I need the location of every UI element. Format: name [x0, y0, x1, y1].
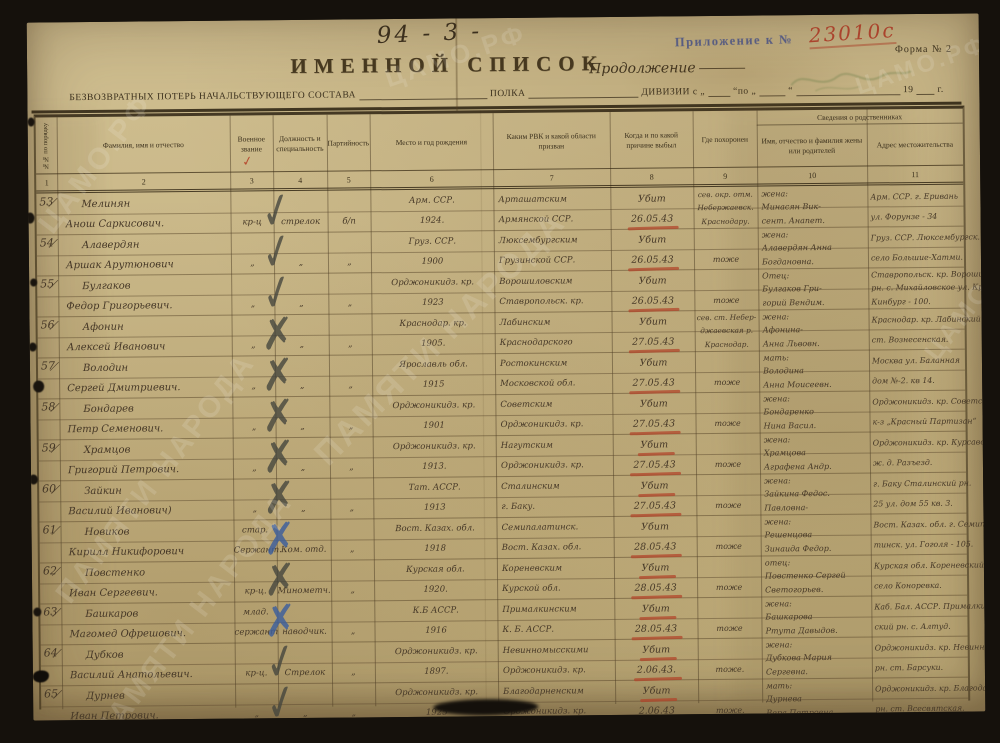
record-surname-line: Алексей Иванович — [67, 336, 232, 358]
record-surname-line: Магомед Офрешович. — [69, 623, 234, 645]
document-page: 94 - 3 - ИМЕННОЙ СПИСОК Продолжение Прил… — [27, 13, 986, 720]
record-relative-line: Булгаков Гри- — [762, 282, 868, 296]
record-fate: Убит27.05.43 — [613, 475, 696, 516]
record-surname: ЗайкинВасилий Иванович) — [60, 480, 233, 522]
continuation-note: Продолжение — [589, 60, 745, 77]
record-surname-line: Федор Григорьевич. — [66, 295, 231, 317]
record-surname-line: Башкаров — [69, 603, 234, 625]
record-grave-line — [695, 352, 759, 373]
blank-line — [708, 86, 730, 97]
fate-text: 28.05.43 — [634, 577, 677, 598]
record-relative-line: Минасян Вик- — [761, 200, 867, 214]
record-relative-line: жена: — [766, 638, 872, 652]
record-grave-line: тоже — [695, 413, 759, 434]
record-address-line: Курская обл. Кореневский рн. — [874, 555, 967, 576]
underline-dash — [699, 68, 745, 69]
record-fate: Убит26.05.43 — [611, 270, 694, 311]
record-relative: мать:ВолодинаАнна Моисеевн. — [759, 351, 869, 392]
record-rvk-line: Благодарненским — [503, 681, 615, 702]
record-birth-line: Ярославль обл. — [372, 354, 495, 375]
record-fate-line: Убит — [610, 188, 693, 209]
record-grave-line — [697, 557, 761, 578]
column-header-2: Фамилия, имя и отчество — [57, 117, 231, 174]
record-party-line — [328, 232, 371, 252]
record-party: „ — [328, 314, 371, 354]
record-fate-line: Убит — [612, 352, 695, 373]
blank-line — [528, 87, 638, 99]
record-fate-line: Убит — [611, 311, 694, 332]
record-birth-line: 1916 — [374, 620, 497, 641]
record-birth-line: 1913. — [373, 456, 496, 477]
record-grave: тоже — [697, 557, 761, 598]
record-grave-line: тоже — [696, 454, 760, 475]
record-address-line: Орджоникидз. кр. Благодарненск. — [875, 678, 968, 699]
record-rvk-line: Ставропольск. кр. — [499, 291, 611, 312]
record-address-line: село Большие-Хатми. — [871, 247, 964, 268]
record-birth-line: Вост. Казах. обл. — [373, 518, 496, 539]
record-address-line: Арм. ССР. г. Еривань — [870, 186, 963, 207]
record-party: „ — [330, 478, 373, 518]
record-party-line — [329, 355, 372, 375]
record-birth: Краснодар. кр.1905. — [371, 313, 494, 354]
record-grave-line — [698, 639, 762, 660]
paper-hole — [30, 278, 37, 286]
record-address: Ставропольск. кр. Ворошилов.рн. с. Михай… — [868, 268, 964, 309]
record-rvk: ВорошиловскимСтавропольск. кр. — [494, 271, 611, 312]
record-address: Каб. Бал. АССР. Прималкин-ский рн. с. Ал… — [871, 596, 967, 637]
record-address: Орджоникидз. кр. Курсавск. рн.ж. д. Разъ… — [870, 432, 966, 473]
record-birth-line: Тат. АССР. — [373, 477, 496, 498]
record-birth: Орджоникидз. кр.1913. — [373, 436, 496, 477]
record-birth: К.Б АССР.1916 — [374, 600, 497, 641]
blank-line — [759, 85, 785, 96]
record-rvk-line: Советским — [500, 394, 612, 415]
record-relative-line: отец: — [765, 556, 871, 570]
column-number: 7 — [493, 169, 610, 186]
record-birth-line: 1901 — [372, 415, 495, 436]
record-surname: БулгаковФедор Григорьевич. — [58, 275, 231, 317]
record-birth-line: 1918 — [374, 538, 497, 559]
record-relative-line: жена: — [764, 515, 870, 529]
record-birth: Тат. АССР.1913 — [373, 477, 496, 518]
record-rvk-line: Орджоникидз. кр. — [501, 455, 613, 476]
record-party-line: б/п — [328, 211, 371, 231]
fate-text: Убит — [638, 193, 666, 204]
record-party: „ — [328, 232, 371, 272]
record-fate-line: 27.05.43 — [612, 331, 695, 352]
record-surname-line: Зайкин — [68, 480, 233, 502]
record-relative-line: Дубкова Мария — [766, 651, 872, 665]
subtitle-losses: БЕЗВОЗВРАТНЫХ ПОТЕРЬ НАЧАЛЬСТВУЮЩЕГО СОС… — [69, 90, 356, 103]
record-party-line: „ — [328, 252, 371, 272]
fate-text: 27.05.43 — [632, 372, 675, 393]
record-rvk: НевинномысскимиОрджоникидз. кр. — [498, 640, 615, 681]
record-address-line: рн. ст. Барсуки. — [875, 657, 968, 678]
record-birth-line: Орджоникидз. кр. — [373, 436, 496, 457]
record-relative-line: Аграфена Андр. — [764, 459, 870, 473]
record-address-line: село Коноревка. — [874, 575, 967, 596]
record-address: Арм. ССР. г. Ериваньул. Форунзе - 34 — [867, 186, 963, 227]
page-title: ИМЕННОЙ СПИСОК — [277, 51, 617, 79]
paper-hole — [33, 607, 41, 616]
record-grave-line: тоже — [697, 577, 761, 598]
blank-line — [359, 88, 487, 100]
record-birth-line: Курская обл. — [374, 559, 497, 580]
record-relative-line: Володина — [763, 364, 869, 378]
record-fate: Убит26.05.43 — [611, 229, 694, 270]
record-surname-line: Сергей Дмитриевич. — [67, 377, 232, 399]
record-rvk: Семипалатинск.Вост. Казах. обл. — [496, 517, 613, 558]
fate-text: 26.05.43 — [631, 208, 674, 229]
record-grave-line: тоже — [695, 372, 759, 393]
record-relative-line: Анна Львовн. — [763, 336, 869, 350]
record-party-line — [332, 683, 375, 703]
record-grave-line — [697, 598, 761, 619]
record-birth: Орджоникидз. кр.1901 — [372, 395, 495, 436]
record-party: „ — [329, 396, 372, 436]
record-surname-line: Аршак Арутюнович — [66, 254, 231, 276]
column-header-9: Где похоронен — [693, 112, 758, 168]
record-rvk-line: К. Б. АССР. — [502, 619, 614, 640]
record-address: Груз. ССР. Люксембургск. рн.село Большие… — [868, 227, 964, 268]
record-address-line: Кинбург - 100. — [871, 294, 964, 308]
record-address: Вост. Казах. обл. г. Семипала-тинск. ул.… — [870, 514, 966, 555]
record-party-line: „ — [331, 539, 374, 559]
record-fate: Убит27.05.43 — [613, 434, 696, 475]
fate-text: 26.05.43 — [632, 290, 675, 311]
record-fate-line: 26.05.43 — [610, 208, 693, 229]
record-rvk-line: Вост. Казах. обл. — [502, 537, 614, 558]
record-relative-line: жена: — [762, 228, 868, 242]
fate-text: Убит — [639, 316, 667, 327]
record-address-line: ул. Форунзе - 34 — [870, 206, 963, 227]
record-party-line — [330, 437, 373, 457]
record-address: Курская обл. Кореневский рн.село Конорев… — [871, 555, 967, 596]
record-surname-line: Бондарев — [67, 398, 232, 420]
record-grave-line: тоже. — [698, 700, 762, 721]
column-number: 5 — [327, 171, 370, 187]
record-fate: Убит2.06.43. — [615, 639, 698, 680]
record-relative: жена:Минасян Вик-сент. Анапет. — [757, 187, 867, 228]
record-grave-line: тоже — [697, 618, 761, 639]
record-grave-line: Небержаевск. — [693, 201, 757, 215]
record-relative-line: Дурнева — [766, 692, 872, 706]
record-relative-line: Сергевна. — [766, 664, 872, 678]
column-group-relatives: Сведения о родственниках — [757, 110, 963, 126]
record-rvk: ЛюксембургскимГрузинской ССР. — [494, 230, 611, 271]
paper-hole — [29, 474, 38, 484]
record-party-line: „ — [330, 498, 373, 518]
scan-background: 94 - 3 - ИМЕННОЙ СПИСОК Продолжение Прил… — [0, 0, 1000, 743]
record-grave-line: тоже — [694, 290, 758, 311]
record-party-line: „ — [329, 416, 372, 436]
record-fate-line: 27.05.43 — [613, 454, 696, 475]
record-grave-line — [694, 229, 758, 250]
record-party-line: „ — [332, 703, 375, 720]
record-relative-line: Вера Петровна. — [766, 705, 872, 719]
record-party: „ — [330, 437, 373, 477]
record-rvk: АрташатскимАрмянской ССР. — [493, 189, 610, 230]
record-fate-line: Убит — [613, 516, 696, 537]
record-relative: Отец:Булгаков Гри-горий Вендим. — [758, 269, 868, 310]
record-birth-line: Краснодар. кр. — [371, 313, 494, 334]
fate-text: 27.05.43 — [632, 331, 675, 352]
record-surname: ДубковВасилий Анатольевич. — [62, 644, 235, 686]
record-surname-line: Булгаков — [66, 275, 231, 297]
column-number: 10 — [757, 167, 867, 184]
record-birth: Курская обл.1920. — [374, 559, 497, 600]
record-address-line: тинск. ул. Гоголя - 105. — [874, 534, 967, 555]
record-relative: мать:ДурневаВера Петровна. — [762, 679, 872, 720]
record-relative-line: Бондаренко — [763, 405, 869, 419]
fate-text: Убит — [641, 521, 669, 532]
record-surname-line: Дубков — [70, 644, 235, 666]
record-birth-line: 1923 — [371, 292, 494, 313]
record-party-line — [331, 560, 374, 580]
record-rvk-line: Ворошиловским — [499, 271, 611, 292]
record-rvk-line: Невинномысскими — [503, 640, 615, 661]
record-rvk-line: г. Баку. — [501, 496, 613, 517]
record-fate-line: Убит — [614, 557, 697, 578]
record-address-line: к-з „Красный Партизан“ — [872, 411, 965, 432]
record-fate-line: 27.05.43 — [613, 495, 696, 516]
record-grave-line — [698, 680, 762, 701]
fate-text: Убит — [639, 275, 667, 286]
record-relative-line: Башкарова — [765, 610, 871, 624]
record-fate: Убит27.05.43 — [612, 393, 695, 434]
record-relative-line: Зайкина Федос. — [764, 487, 870, 501]
record-rvk-line: Армянской ССР. — [498, 209, 610, 230]
record-surname-line: Кирилл Никифорович — [69, 541, 234, 563]
record-rvk-line: Сталинским — [501, 476, 613, 497]
record-relative-line: жена: — [761, 187, 867, 201]
column-header-8: Когда и по какой причине выбыл — [610, 112, 694, 168]
record-relative-line: жена: — [764, 474, 870, 488]
record-relative-line: Зинаида Федор. — [765, 541, 871, 555]
record-party-line — [329, 396, 372, 416]
record-party: „ — [331, 601, 374, 641]
record-fate-line: Убит — [613, 475, 696, 496]
record-address-line: рн. с. Михайловское ул. Кр.Мая — [871, 281, 964, 295]
record-birth: Орджоникидз. кр.1923 — [371, 272, 494, 313]
record-relative-line: сент. Анапет. — [762, 213, 868, 227]
record-surname: ВолодинСергей Дмитриевич. — [59, 357, 232, 399]
record-address-line: ст. Вознесенская. — [872, 329, 965, 350]
record-grave-line — [696, 475, 760, 496]
column-number: 9 — [693, 168, 757, 185]
record-grave-line: тоже — [694, 249, 758, 270]
record-birth-line: 1897. — [375, 661, 498, 682]
record-grave-line: сев. ст. Небер- — [694, 311, 758, 325]
record-party: „ — [331, 560, 374, 600]
record-grave-line — [694, 270, 758, 291]
record-birth-line: Орджоникидз. кр. — [375, 641, 498, 662]
record-surname-line: Мелинян — [65, 193, 230, 215]
record-rvk-line: Краснодарского — [500, 332, 612, 353]
record-rvk-line: Кореневским — [502, 558, 614, 579]
record-surname-line: Володин — [67, 357, 232, 379]
record-address-line: Груз. ССР. Люксембургск. рн. — [871, 227, 964, 248]
fate-text: Убит — [638, 234, 666, 245]
record-fate-line: 2.06.43. — [615, 659, 698, 680]
fate-text: 27.05.43 — [633, 413, 676, 434]
column-header-11: Адрес местожительства — [867, 124, 963, 166]
record-relative-line: Алавердян Анна — [762, 241, 868, 255]
record-rvk-line: Прималкинским — [502, 599, 614, 620]
record-rvk-line: Люксембургским — [499, 230, 611, 251]
record-relative-line: жена: — [764, 433, 870, 447]
column-header-1: №№ по порядку — [36, 118, 58, 173]
subtitle-po: по „ — [738, 87, 757, 97]
record-address-line: рн. ст. Всесвятская. — [875, 698, 968, 719]
record-grave-line — [696, 516, 760, 537]
record-address-line: Орджоникидз. кр. Курсавск. рн. — [873, 432, 966, 453]
continuation-text: Продолжение — [589, 60, 696, 77]
record-fate-line: Убит — [611, 229, 694, 250]
record-address-line: Ставропольск. кр. Ворошилов. — [871, 268, 964, 282]
column-number: 2 — [57, 173, 230, 191]
signature-smudge — [785, 62, 915, 97]
record-surname: ДурневИван Петрович. — [62, 685, 235, 721]
record-grave: тоже — [696, 434, 760, 475]
fate-text: Убит — [642, 598, 670, 619]
record-rvk: СоветскимОрджоникидз. кр. — [495, 394, 612, 435]
record-birth-line: К.Б АССР. — [374, 600, 497, 621]
record-surname-line: Василий Анатольевич. — [70, 664, 235, 686]
record-birth-line: Груз. ССР. — [371, 231, 494, 252]
table-body: 53∕МелинянАнош Саркисович.кр-цстрелокб/п… — [36, 186, 968, 710]
record-rvk-line: Орджоникидз. кр. — [503, 660, 615, 681]
record-fate: Убит28.05.43 — [614, 557, 697, 598]
record-surname-line: Афонин — [67, 316, 232, 338]
record-party-line: „ — [329, 375, 372, 395]
record-address-line: Вост. Казах. обл. г. Семипала- — [873, 514, 966, 535]
fate-text: 2.06.43 — [639, 700, 675, 720]
record-party: б/п — [327, 191, 370, 231]
record-grave: тоже. — [698, 639, 762, 680]
record-address-line: г. Баку Сталинский рн. — [873, 473, 966, 494]
record-relative: отец:Повстенко СергейСветогорьев. — [761, 556, 871, 597]
fate-text: 2.06.43. — [637, 659, 676, 680]
record-address-line: Краснодар. кр. Лабинский ул. — [871, 309, 964, 330]
record-birth-line: Орджоникидз. кр. — [371, 272, 494, 293]
record-grave: тоже — [694, 229, 758, 270]
record-party-line — [330, 478, 373, 498]
record-grave-line: тоже — [697, 536, 761, 557]
record-relative: жена:Дубкова МарияСергевна. — [762, 638, 872, 679]
record-party-line: „ — [329, 334, 372, 354]
column-number: 11 — [867, 166, 963, 183]
record-fate-line: Убит — [615, 680, 698, 701]
record-address-line: ж. д. Разъезд. — [873, 452, 966, 473]
column-number: 8 — [610, 168, 693, 185]
record-relative-line: Отец: — [762, 269, 868, 283]
record-surname-line: Повстенко — [69, 562, 234, 584]
record-birth-line: 1924. — [370, 210, 493, 231]
record-rvk-line: Московской обл. — [500, 373, 612, 394]
record-surname: БашкаровМагомед Офрешович. — [61, 603, 234, 645]
record-address-line: ский рн. с. Алтуд. — [874, 616, 967, 637]
record-rvk-line: Лабинским — [499, 312, 611, 333]
record-fate-line: 2.06.43 — [615, 700, 698, 720]
paper-hole — [28, 118, 35, 127]
record-fate-line: 28.05.43 — [614, 618, 697, 639]
record-party-line: „ — [328, 293, 371, 313]
record-address: Краснодар. кр. Лабинский ул.ст. Вознесен… — [868, 309, 964, 350]
record-address-line: 25 ул. дом 55 кв. 3. — [873, 493, 966, 514]
record-rvk: ЛабинскимКраснодарского — [494, 312, 611, 353]
record-fate: Убит28.05.43 — [614, 598, 697, 639]
record-surname-line: Иван Петрович. — [70, 705, 235, 721]
record-party-line — [332, 642, 375, 662]
record-grave: тоже — [697, 598, 761, 639]
record-fate: Убит26.05.43 — [610, 188, 693, 229]
paper-hole — [33, 380, 44, 392]
record-fate: Убит27.05.43 — [612, 352, 695, 393]
form-label: Форма № 2 — [895, 44, 952, 56]
record-address-line: Каб. Бал. АССР. Прималкин- — [874, 596, 967, 617]
record-grave-line: Краснодару. — [694, 214, 758, 228]
fate-text: Убит — [640, 434, 668, 455]
column-header-7: Каким РВК и какой области призван — [493, 113, 611, 169]
record-relative-line: жена: — [765, 597, 871, 611]
record-fate-line: Убит — [614, 598, 697, 619]
record-surname: БондаревПетр Семенович. — [59, 398, 232, 440]
record-address: Орджоникидз. кр. Советский рн.к-з „Красн… — [869, 391, 965, 432]
paper-hole — [29, 343, 37, 352]
blank-line — [916, 84, 934, 95]
fate-text: 27.05.43 — [633, 454, 676, 475]
fate-text: Убит — [640, 357, 668, 368]
record-surname-line: Иван Сергеевич. — [69, 582, 234, 604]
record-address-line: Москва ул. Баланная — [872, 350, 965, 371]
record-relative-line: Павловна- — [764, 500, 870, 514]
record-relative-line: Ртута Давыдов. — [765, 623, 871, 637]
record-party-line: „ — [331, 580, 374, 600]
record-grave-line: тоже — [696, 495, 760, 516]
record-grave: тоже — [694, 270, 758, 311]
column-header-6: Место и год рождения — [370, 114, 494, 170]
record-surname-line: Храмцов — [68, 439, 233, 461]
record-relative-line: Богдановна. — [762, 254, 868, 268]
record-surname-line: Дурнев — [70, 685, 235, 707]
column-number: 1 — [36, 174, 57, 190]
paper-hole — [27, 213, 35, 224]
record-grave: сев. ст. Небер-джаевская р.Краснодар. — [694, 311, 758, 352]
record-relative: жена:ХрамцоваАграфена Андр. — [760, 433, 870, 474]
subtitle-polka: ПОЛКА — [490, 89, 525, 99]
record-birth: Груз. ССР.1900 — [371, 231, 494, 272]
record-fate-line: Убит — [612, 393, 695, 414]
record-rvk-line: Курской обл. — [502, 578, 614, 599]
record-party: „ — [332, 642, 375, 682]
record-grave-line: тоже. — [698, 659, 762, 680]
record-rvk-line: Арташатским — [498, 189, 610, 210]
record-rvk-line: Семипалатинск. — [501, 517, 613, 538]
record-fate-line: 26.05.43 — [611, 290, 694, 311]
record-fate-line: 27.05.43 — [612, 372, 695, 393]
record-surname-line: Петр Семенович. — [67, 418, 232, 440]
record-rvk-line: Ростокинским — [500, 353, 612, 374]
record-address: г. Баку Сталинский рн.25 ул. дом 55 кв. … — [870, 473, 966, 514]
fate-text: Убит — [641, 475, 669, 496]
page-number-hand: 94 - 3 - — [376, 18, 482, 49]
record-fate-line: Убит — [611, 270, 694, 291]
record-grave: тоже — [696, 475, 760, 516]
record-party-line — [331, 601, 374, 621]
record-grave: тоже — [696, 516, 760, 557]
record-birth-line: 1915 — [372, 374, 495, 395]
